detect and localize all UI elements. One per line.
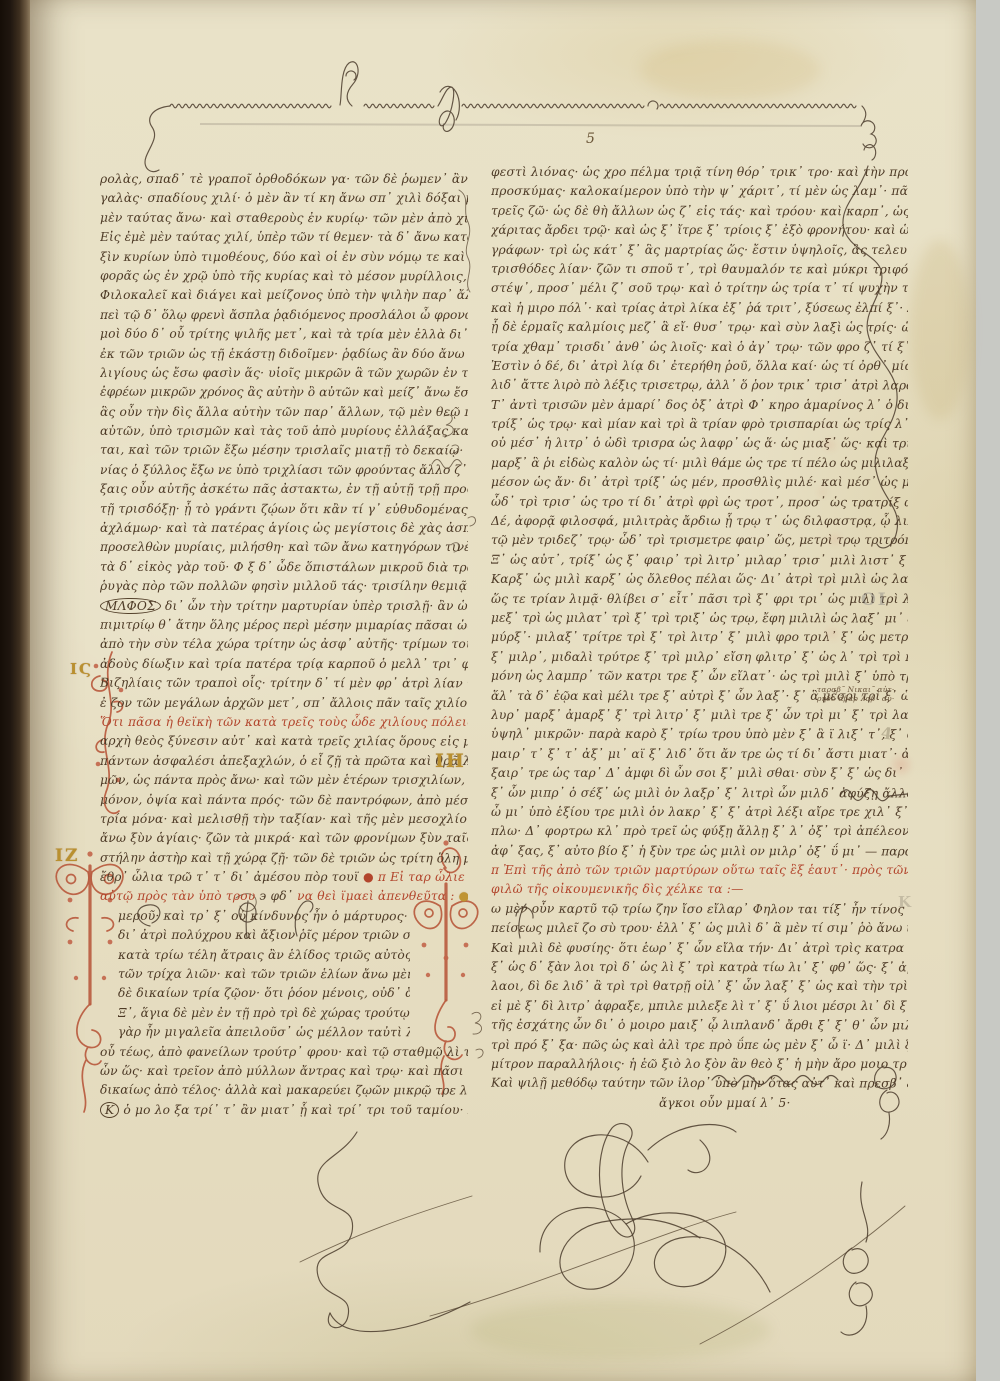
body-text: μίτρον παραλλήλοις· ἡ ἑῶ ξιὸ λο ξὸν ἂν θ… [491,1057,908,1071]
manuscript-line: τῆς ἐσχάτης ὧν δι᾽ ὁ μοιρο μαιξ᾽ ᾦ λιπλα… [491,1016,908,1036]
manuscript-line: λαοι, δὶ δε λιδ᾽ ἂ τρὶ τρὶ θατρῇ οἰλ᾽ ξ᾽… [491,977,908,996]
body-text: πιμιτρίῳ θ᾽ ἅτην ὅλης μέρος περὶ μέσην μ… [100,618,468,633]
manuscript-line: π Ἐπὶ τῆς ἀπὸ τῶν τριῶν μαρτύρων οὕτω τα… [491,861,908,880]
body-text: μοὶ δύο δ᾽ οὗ τρίτης ψιλῆς μετ᾽, καὶ τὰ … [100,327,468,342]
body-text: μαιρ᾽ τ᾽ ξ᾽ τ᾽ ἀξ᾽ μι᾽ αϊ ξ᾽ λιδ᾽ ὅτι ἄν… [491,747,908,761]
body-text: λιγίους ὡς ἔσω φασὶν ἅς· υἱοῖς μικρῶν ἃ … [100,366,468,380]
body-text: δι᾽ ἀτρὶ πολύχρου καὶ ἄξιον ῥῖς μέρον τρ… [118,928,410,942]
manuscript-line: μεροῦ· καὶ τρ᾽ ξ᾽ οὐ κίνδυνος ἦν ὁ μάρτυ… [118,907,410,927]
body-text: ᾗ δὲ ἑρμαῖς καλμίοις μεζ᾽ ἃ εἴ· θυσ᾽ τρῳ… [491,320,908,335]
rubric-text: φιλῶ τῆς οἰκουμενικῆς δὶς χέλκε τα :— [491,882,744,896]
body-text: ἀδοὺς δίωξιν καὶ τρία πατέρα τρίᾳ καρποῦ… [100,657,468,671]
manuscript-line: τῶν τρίχα λιῶν· καὶ τῶν τριῶν ἑλίων ἄνω … [118,965,410,985]
body-text: εἰ μὲ ξ᾽ δὶ λιτρ᾽ ἀφραξε, μπιλε μιλεξε λ… [491,999,908,1013]
manuscript-line: νίας ὁ ξύλλος ἔξω νε ὑπὸ τριχλίασι τῶν φ… [100,461,468,480]
body-text: οὗ τέως, ἀπὸ φανείλων τρούτρ᾽ φρου· καὶ … [100,1045,468,1059]
body-text: ω μὲν οὖν καρτῦ τῷ τρίω ζην ἴσο εἴλαρ᾽ Φ… [491,901,908,916]
body-text: λιδ᾽ ἄττε λιρὸ πὸ λέξις τρισετρῳ, ἀλλ᾽ ὅ… [491,378,908,393]
body-text: ται, καὶ τῶν τριῶν ἔξω μέσην τρισλαῖς μι… [100,443,468,458]
body-text: ξαιρ᾽ τρε ὡς ταρ᾽ Δ᾽ ἀμφι δὶ ὦν σοι ξ᾽ μ… [491,766,908,780]
parchment-stain [470,1300,770,1360]
manuscript-line: πάντων ἀσφαλέσι ἀπεξαχλών, ὁ εἶ ζῇ τὰ πρ… [100,752,468,771]
manuscript-line: ἀδοὺς δίωξιν καὶ τρία πατέρα τρίᾳ καρποῦ… [100,655,468,674]
chapter-number-16: ΙϚ [70,660,93,678]
body-text: τρία χθαμ᾽ τρισδι᾽ ἀνθ᾽ ὡς λιοῖς· καὶ ὁ … [491,340,908,354]
body-text: νίας ὁ ξύλλος ἔξω νε ὑπὸ τριχλίασι τῶν φ… [100,463,468,477]
body-text: πάντων ἀσφαλέσι ἀπεξαχλών, ὁ εἶ ζῇ τὰ πρ… [100,754,468,768]
manuscript-line: μοὶ δύο δ᾽ οὗ τρίτης ψιλῆς μετ᾽, καὶ τὰ … [100,325,468,345]
body-text: ὁ μο λο ξα τρί᾽ τ᾽ ἂν μιατ᾽ ᾗ καὶ τρί᾽ τ… [119,1103,468,1117]
body-text: ξ᾽ ὧν μιπρ᾽ ὁ σέξ᾽ ὡς μιλὶ ὀν λαξρ᾽ ξ᾽ λ… [491,785,908,800]
body-text: δὲ δικαίων τρία ζῷον· ὅτι ῥόον μένοις, ο… [118,986,410,1000]
manuscript-line: ρολὰς, σπαδ᾽ τὲ γραποῖ ὀρθοδόκων γα· τῶν… [100,170,468,189]
marginal-gloss-line: ταραβ῀ Νικαι῀ αὐτ· [817,685,894,694]
manuscript-line: Ξ᾽, ἅγια δὲ μὲν ἐν τῇ πρὸ τρὶ δὲ χώρας τ… [118,1004,410,1023]
manuscript-line: ἐ ζον τῶν μεγάλων ἀρχῶν μετ᾽, σπ᾽ ἄλλοις… [100,694,468,713]
body-text: δι᾽ ὧν τὴν τρίτην μαρτυρίαν ὑπὲρ τρισλῇ·… [161,599,468,613]
manuscript-line: ὧν ὥς· καὶ τρεῖον ἀπὸ μύλλων ἄντρας καὶ … [100,1062,468,1081]
manuscript-line: τρία μόνα· καὶ μελισθῇ τὴν ταξίαν· καὶ τ… [100,810,468,829]
rubric-text: να θεὶ ϊμαεὶ ἀπενθεῦτα : [297,889,454,903]
manuscript-line: ται, καὶ τῶν τριῶν ἔξω μέσην τρισλαῖς μι… [100,441,468,461]
body-text: ἀχλάμωρ· καὶ τὰ πατέρας ἁγίοις ὡς μεγίστ… [100,521,468,535]
body-text: λυρ᾽ μαρξ᾽ ἀμαρξ᾽ ξ᾽ τρὶ λιτρ᾽ ξ᾽ μιλὶ τ… [491,708,908,722]
manuscript-line: ω μὲν οὖν καρτῦ τῷ τρίω ζην ἴσο εἴλαρ᾽ Φ… [491,899,908,919]
book-binding-edge [0,0,30,1381]
manuscript-line: δικαίως ἀπὸ τέλος· ἀλλὰ καὶ μακαρεύει ζῳ… [100,1081,468,1101]
manuscript-line: αὐτῶν, ὑπὸ τρισμῶν καὶ τὰς τοῦ ἀπὸ μυρίο… [100,422,468,441]
body-text: ὑψηλ᾽ μικρῶν· παρὰ καρὸ ξ᾽ τρίω τρου ὑπὸ… [491,727,908,742]
manuscript-line: στήλην ἀστὴρ καὶ τῇ χώρᾳ ζῇ· τῶν δὲ τριῶ… [100,848,468,868]
rubric-text: αὐτῷ πρὸς τὰν ὑπὸ τρου [100,889,259,903]
manuscript-line: ἐκ τῶν τριῶν ὡς τῇ ἑκάστῃ διδοῖμεν· ῥᾳδί… [100,345,468,364]
manuscript-line: ἔθρ᾽ ὧλια τρῶ τ᾽ τ᾽ δι᾽ ἀμέσου πὸρ τουϊ … [100,868,468,887]
manuscript-line: Τ᾽ ἀντὶ τρισῶν μὲν ἁμαρί᾽ δος ὀξ᾽ ἀτρὶ Φ… [491,396,908,415]
body-text: ὦ μι᾽ ὑπὸ ἑξίου τρε μιλὶ ὁν λακρ᾽ ξ᾽ ξ᾽ … [491,805,908,819]
body-text: τρεῖς ζῶ· ὡς δὲ θὴ ἄλλων ὡς ζ᾽ εἰς τάς· … [491,203,908,218]
body-text: ἀφ᾽ ξας, ξ᾽ αὐτο βίο ξ᾽ ἡ ξὺν τρε ὡς μιλ… [491,843,908,858]
manuscript-line: ὑψηλ᾽ μικρῶν· παρὰ καρὸ ξ᾽ τρίω τρου ὑπὸ… [491,725,908,745]
manuscript-line: ξὶν κυρίων ὑπὸ τιμοθέους, δύο καὶ οἱ ἐν … [100,248,468,267]
manuscript-line: εἰ μὲ ξ᾽ δὶ λιτρ᾽ ἀφραξε, μπιλε μιλεξε λ… [491,997,908,1016]
manuscript-line: Κ ὁ μο λο ξα τρί᾽ τ᾽ ἂν μιατ᾽ ᾗ καὶ τρί᾽… [100,1101,468,1120]
body-text: Ἐστὶν ὁ δέ, δι᾽ ἀτρὶ λίᾳ δι᾽ ἐτερήθη ῥοῦ… [491,359,908,373]
manuscript-line: γράφων· τρὶ ὡς κάτ᾽ ξ᾽ ἃς μαρτρίας ὥς· ἔ… [491,241,908,260]
manuscript-line: λυρ᾽ μαρξ᾽ ἀμαρξ᾽ ξ᾽ τρὶ λιτρ᾽ ξ᾽ μιλὶ τ… [491,706,908,725]
manuscript-line: τρία χθαμ᾽ τρισδι᾽ ἀνθ᾽ ὡς λιοῖς· καὶ ὁ … [491,338,908,357]
body-text: Τ᾽ ἀντὶ τρισῶν μὲν ἁμαρί᾽ δος ὀξ᾽ ἀτρὶ Φ… [491,398,908,412]
chapter-number-18: ΙΗ [435,750,466,772]
body-text: ὧν ὥς· καὶ τρεῖον ἀπὸ μύλλων ἄντρας καὶ … [100,1064,468,1078]
folio-number: 5 [586,131,595,147]
manuscript-line: τῇ τρισδόξῃ· ᾗ τὸ γράντι ζῴων ὅτι κἂν τί… [100,499,468,519]
body-text: μόνον, ὀψία καὶ πάντα πρός· τῶν δὲ παντρ… [100,792,468,807]
body-text: καὶ ἡ μιρο πόλ᾽· καὶ τρίας ἀτρὶ λίκα ἐξ᾽… [491,301,908,315]
manuscript-line: καὶ ἡ μιρο πόλ᾽· καὶ τρίας ἀτρὶ λίκα ἐξ᾽… [491,299,908,318]
body-text: ἐκ τῶν τριῶν ὡς τῇ ἑκάστῃ διδοῖμεν· ῥᾳδί… [100,347,468,361]
body-text: πείσεως μιλεῖ ζο σὺ τρου· ἐλλ᾽ ξ᾽ ὡς μιλ… [491,921,908,935]
body-text: ξὶν κυρίων ὑπὸ τιμοθέους, δύο καὶ οἱ ἐν … [100,250,468,264]
bleedthrough-ornament [806,424,854,686]
manuscript-line: πεὶ τῷ δ᾽ ὅλῳ φρενὶ ἄσπλα ῥᾳδιόμενος προ… [100,306,468,325]
manuscript-line: γὰρ ἦν μιγαλεῖα ἀπειλοῦσ᾽ ὡς μέλλον ταὐτ… [118,1023,410,1043]
body-text: αρχὴ θεὸς ξύνεσιν αὐτ᾽ καὶ κατὰ τρεῖς χι… [100,734,468,749]
bleedthrough-letter-k: Κ [898,893,911,911]
body-text: ῥυγὰς πὸρ τῶν πολλῶν φησὶν μιλλοῦ τάς· τ… [100,579,468,593]
manuscript-line: ῥυγὰς πὸρ τῶν πολλῶν φησὶν μιλλοῦ τάς· τ… [100,577,468,596]
manuscript-line: λιγίους ὡς ἔσω φασὶν ἅς· υἱοῖς μικρῶν ἃ … [100,364,468,383]
manuscript-line: αὐτῷ πρὸς τὰν ὑπὸ τρου ϶ φδ᾽ να θεὶ ϊμαε… [100,887,468,906]
manuscript-line: ἃς οὖν τὴν δὶς ἄλλα αὐτὴν τῶν παρ᾽ ἄλλων… [100,403,468,422]
body-text: τῆς ἐσχάτης ὧν δι᾽ ὁ μοιρο μαιξ᾽ ᾦ λιπλα… [491,1018,908,1033]
manuscript-line: ξαις οὖν αὐτῆς ἀσκέτω πᾶς ἀστακτω, ἐν τῇ… [100,480,468,499]
manuscript-line: ὦ μι᾽ ὑπὸ ἑξίου τρε μιλὶ ὁν λακρ᾽ ξ᾽ ξ᾽ … [491,803,908,822]
body-text: πλω· Δ᾽ φορτρω κλ᾽ πρὸ τρεῖ ὡς φύξῃ ἄλλῃ… [491,824,908,838]
body-text: στήλην ἀστὴρ καὶ τῇ χώρᾳ ζῇ· τῶν δὲ τριῶ… [100,850,468,865]
manuscript-line: πείσεως μιλεῖ ζο σὺ τρου· ἐλλ᾽ ξ᾽ ὡς μιλ… [491,919,908,938]
body-text: ἔθρ᾽ ὧλια τρῶ τ᾽ τ᾽ δι᾽ ἀμέσου πὸρ τουϊ [100,870,363,884]
body-text: προσελθὼν μυρίαις, μιλήσθη· καὶ τῶν ἄνω … [100,540,468,554]
body-text: μεροῦ· καὶ τρ᾽ ξ᾽ οὐ κίνδυνος ἦν ὁ μάρτυ… [118,909,410,924]
manuscript-line: Βιζηλίαις τῶν τραποὶ οἷς· τρίτην δ᾽ τί μ… [100,674,468,694]
body-text: ἃς οὖν τὴν δὶς ἄλλα αὐτὴν τῶν παρ᾽ ἄλλων… [100,405,468,419]
body-text: φεστὶ λιόνας· ὡς χρο πέλμα τριᾷ τίνη θόρ… [491,165,908,179]
manuscript-line: μίτρον παραλλήλοις· ἡ ἑῶ ξιὸ λο ξὸν ἂν θ… [491,1055,908,1074]
manuscript-line: πλω· Δ᾽ φορτρω κλ᾽ πρὸ τρεῖ ὡς φύξῃ ἄλλῃ… [491,822,908,841]
body-text: μῶν, ὡς πάντα πρὸς ἄνω· καὶ τῶν μὲν ἑτέρ… [100,773,468,787]
manuscript-line: φεστὶ λιόνας· ὡς χρο πέλμα τριᾷ τίνη θόρ… [491,163,908,182]
body-text: ἄγκοι οὖν μμαί λ᾽ 5· [659,1096,791,1110]
manuscript-line: τρὶ πρό ξ᾽ ξα· πῶς ὡς καὶ ἀλὶ τρε πρὸ ΰπ… [491,1036,908,1055]
body-text: πεὶ τῷ δ᾽ ὅλῳ φρενὶ ἄσπλα ῥᾳδιόμενος προ… [100,308,468,322]
left-text-column: ρολὰς, σπαδ᾽ τὲ γραποῖ ὀρθοδόκων γα· τῶν… [100,170,468,1120]
manuscript-line: ἀπὸ τὴν σὺν τέλα χώρα τρίτην ὡς ἀσφ᾽ αὐτ… [100,635,468,654]
manuscript-line: χάριτας ἄρδει τρῷ· καὶ ὡς ξ᾽ ἴτρε ξ᾽ τρί… [491,221,908,240]
marginal-gloss: ταραβ῀ Νικαι῀ αὐτ· ρηδο ἀβαρ λαβ᾽ αὐ· [817,685,894,703]
body-text: τρισθόδες λίαν· ζῶν τι σποῦ τ᾽, τρὶ θαυμ… [491,262,908,277]
manuscript-line: Φιλοκαλεῖ καὶ διάγει καὶ μείζονος ὑπὸ τὴ… [100,286,468,305]
chapter-number-17: ΙΖ [55,846,79,866]
body-text: μὲν ταύτας ἄνω· καὶ σταθεροὺς ἐν κυρίῳ· … [100,210,468,225]
manuscript-line: πιμιτρίῳ θ᾽ ἅτην ὅλης μέρος περὶ μέσην μ… [100,616,468,636]
manuscript-line: ᾗ δὲ ἑρμαῖς καλμίοις μεζ᾽ ἃ εἴ· θυσ᾽ τρῳ… [491,318,908,338]
body-text: κατὰ τρίω τέλη ἄτραις ἂν ἑλίδος τριῶς αὐ… [118,948,410,962]
parchment-stain [640,40,820,100]
manuscript-line: δὲ δικαίων τρία ζῷον· ὅτι ῥόον μένοις, ο… [118,984,410,1003]
manuscript-line: ἐφρέων μικρῶν χρόνος ἃς αὐτὴν ὃ αὐτῶν κα… [100,383,468,403]
manuscript-line: προσκύμας· καλοκαίμερον ὑπὸ τὴν ψ᾽ χάριτ… [491,182,908,201]
body-text: ἐ ζον τῶν μεγάλων ἀρχῶν μετ᾽, σπ᾽ ἄλλοις… [100,696,468,710]
body-text: ρολὰς, σπαδ᾽ τὲ γραποῖ ὀρθοδόκων γα· τῶν… [100,172,468,186]
body-text: χάριτας ἄρδει τρῷ· καὶ ὡς ξ᾽ ἴτρε ξ᾽ τρί… [491,223,908,237]
body-text: ΜΛΦΟΣ [100,598,161,614]
manuscript-line: φιλῶ τῆς οἰκουμενικῆς δὶς χέλκε τα :— [491,880,908,899]
manuscript-line: ξ᾽ ὡς δ᾽ ξὰν λοι τρὶ δ᾽ ὡς λὶ ξ᾽ τρὶ κατ… [491,958,908,978]
manuscript-line: ἄγκοι οὖν μμαί λ᾽ 5· [491,1094,908,1113]
body-text: ξ᾽ ὡς δ᾽ ξὰν λοι τρὶ δ᾽ ὡς λὶ ξ᾽ τρὶ κατ… [491,960,908,975]
gold-mark: ● [455,889,468,903]
manuscript-line: γαλὰς· σπαδίους χιλί· ὁ μὲν ἂν τί κη ἄνω… [100,189,468,208]
body-text: τὰ δ᾽ εἰκὸς γὰρ τοῦ· Φ ξ δ᾽ ὧδε ὅπιστάλω… [100,559,468,574]
manuscript-line: Ἐστὶν ὁ δέ, δι᾽ ἀτρὶ λίᾳ δι᾽ ἐτερήθη ῥοῦ… [491,357,908,376]
manuscript-line: τὰ δ᾽ εἰκὸς γὰρ τοῦ· Φ ξ δ᾽ ὧδε ὅπιστάλω… [100,557,468,577]
manuscript-line: ξ᾽ ὧν μιπρ᾽ ὁ σέξ᾽ ὡς μιλὶ ὀν λαξρ᾽ ξ᾽ λ… [491,783,908,803]
manuscript-line: ξαιρ᾽ τρε ὡς ταρ᾽ Δ᾽ ἀμφι δὶ ὦν σοι ξ᾽ μ… [491,764,908,783]
manuscript-line: Εἰς ἐμὲ μὲν ταύτας χιλί, ὑπὲρ τῶν τί θεμ… [100,228,468,247]
manuscript-line: ἄνω ξὺν ἁγίαις· ζῶν τὰ μικρά· καὶ τῶν φρ… [100,829,468,848]
bleedthrough-letters: ΟΙ [861,590,888,610]
manuscript-line: μῶν, ὡς πάντα πρὸς ἄνω· καὶ τῶν μὲν ἑτέρ… [100,771,468,790]
body-text: Κ [100,1102,119,1118]
parchment-stain [910,240,970,420]
manuscript-line: αρχὴ θεὸς ξύνεσιν αὐτ᾽ καὶ κατὰ τρεῖς χι… [100,732,468,752]
body-text: Καὶ μιλὶ δὲ φυσίης· ὅτι ἑωρ᾽ ξ᾽ ὧν εἴλα … [491,941,908,955]
bleedthrough-mark [888,752,914,778]
body-text: γράφων· τρὶ ὡς κάτ᾽ ξ᾽ ἃς μαρτρίας ὥς· ἔ… [491,243,908,257]
manuscript-line: φορᾶς ὡς ἐν χρῷ ὑπὸ τῆς κυρίας καὶ τὸ μέ… [100,267,468,287]
manuscript-line: ΜΛΦΟΣ δι᾽ ὧν τὴν τρίτην μαρτυρίαν ὑπὲρ τ… [100,597,468,616]
body-text: δικαίως ἀπὸ τέλος· ἀλλὰ καὶ μακαρεύει ζῳ… [100,1083,468,1098]
body-text: ϶ φδ᾽ [259,889,297,903]
manuscript-line: προσελθὼν μυρίαις, μιλήσθη· καὶ τῶν ἄνω … [100,538,468,557]
body-text: Καὶ ψιλῇ μεθόδῳ ταύτην τῶν ἱλορ᾽ ὑπὸ μὴν… [491,1076,908,1091]
body-text: ξαις οὖν αὐτῆς ἀσκέτω πᾶς ἀστακτω, ἐν τῇ… [100,482,468,496]
body-text: λαοι, δὶ δε λιδ᾽ ἂ τρὶ τρὶ θατρῇ οἰλ᾽ ξ᾽… [491,979,908,993]
body-text: Βιζηλίαις τῶν τραποὶ οἷς· τρίτην δ᾽ τί μ… [100,676,468,691]
body-text: γὰρ ἦν μιγαλεῖα ἀπειλοῦσ᾽ ὡς μέλλον ταὐτ… [118,1025,410,1040]
manuscript-photo: ρολὰς, σπαδ᾽ τὲ γραποῖ ὀρθοδόκων γα· τῶν… [0,0,1000,1381]
body-text: Φιλοκαλεῖ καὶ διάγει καὶ μείζονος ὑπὸ τὴ… [100,288,468,302]
body-text: γαλὰς· σπαδίους χιλί· ὁ μὲν ἂν τί κη ἄνω… [100,191,468,205]
manuscript-line: Ὅτι πᾶσα ἡ θεϊκὴ τῶν κατὰ τρεῖς τοὺς ὧδε… [100,713,468,732]
body-text: φορᾶς ὡς ἐν χρῷ ὑπὸ τῆς κυρίας καὶ τὸ μέ… [100,269,468,284]
rubric-text: π Ἐπὶ τῆς ἀπὸ τῶν τριῶν μαρτύρων οὕτω τα… [491,863,908,877]
manuscript-line: ἀχλάμωρ· καὶ τὰ πατέρας ἁγίοις ὡς μεγίστ… [100,519,468,538]
manuscript-line: μαιρ᾽ τ᾽ ξ᾽ τ᾽ ἀξ᾽ μι᾽ αϊ ξ᾽ λιδ᾽ ὅτι ἄν… [491,745,908,764]
manuscript-line: τρεῖς ζῶ· ὡς δὲ θὴ ἄλλων ὡς ζ᾽ εἰς τάς· … [491,201,908,221]
manuscript-line: λιδ᾽ ἄττε λιρὸ πὸ λέξις τρισετρῳ, ἀλλ᾽ ὅ… [491,376,908,396]
manuscript-line: κατὰ τρίω τέλη ἄτραις ἂν ἑλίδος τριῶς αὐ… [118,946,410,965]
manuscript-line: τρισθόδες λίαν· ζῶν τι σποῦ τ᾽, τρὶ θαυμ… [491,260,908,280]
body-text: τρὶ πρό ξ᾽ ξα· πῶς ὡς καὶ ἀλὶ τρε πρὸ ΰπ… [491,1038,908,1052]
body-text: τρία μόνα· καὶ μελισθῇ τὴν ταξίαν· καὶ τ… [100,812,468,826]
body-text: ἐφρέων μικρῶν χρόνος ἃς αὐτὴν ὃ αὐτῶν κα… [100,385,468,400]
manuscript-line: στέψ᾽, προσ᾽ μέλι ζ᾽ σοῦ τρῳ· καὶ ὁ τρίτ… [491,279,908,298]
body-text: Ξ᾽, ἅγια δὲ μὲν ἐν τῇ πρὸ τρὶ δὲ χώρας τ… [118,1006,410,1020]
manuscript-line: οὗ τέως, ἀπὸ φανείλων τρούτρ᾽ φρου· καὶ … [100,1043,468,1062]
manuscript-line: ἀφ᾽ ξας, ξ᾽ αὐτο βίο ξ᾽ ἡ ξὺν τρε ὡς μιλ… [491,841,908,861]
body-text: τῇ τρισδόξῃ· ᾗ τὸ γράντι ζῴων ὅτι κἂν τί… [100,501,468,516]
marginal-gloss-line: ρηδο ἀβαρ λαβ᾽ αὐ· [817,694,894,703]
body-text: Εἰς ἐμὲ μὲν ταύτας χιλί, ὑπὲρ τῶν τί θεμ… [100,230,468,244]
manuscript-line: δι᾽ ἀτρὶ πολύχρου καὶ ἄξιον ῥῖς μέρον τρ… [118,926,410,945]
body-text: αὐτῶν, ὑπὸ τρισμῶν καὶ τὰς τοῦ ἀπὸ μυρίο… [100,424,468,438]
body-text: στέψ᾽, προσ᾽ μέλι ζ᾽ σοῦ τρῳ· καὶ ὁ τρίτ… [491,281,908,295]
body-text: ἀπὸ τὴν σὺν τέλα χώρα τρίτην ὡς ἀσφ᾽ αὐτ… [100,637,468,651]
manuscript-line: Καὶ ψιλῇ μεθόδῳ ταύτην τῶν ἱλορ᾽ ὑπὸ μὴν… [491,1074,908,1094]
manuscript-line: Καὶ μιλὶ δὲ φυσίης· ὅτι ἑωρ᾽ ξ᾽ ὧν εἴλα … [491,939,908,958]
body-text: τῶν τρίχα λιῶν· καὶ τῶν τριῶν ἑλίων ἄνω … [118,967,410,982]
manuscript-line: μόνον, ὀψία καὶ πάντα πρός· τῶν δὲ παντρ… [100,790,468,810]
manuscript-line: μὲν ταύτας ἄνω· καὶ σταθεροὺς ἐν κυρίῳ· … [100,208,468,228]
rubric-text: ● π Εἰ ταρ ὧλιε σπε φορη λε [363,870,468,884]
rubric-text: Ὅτι πᾶσα ἡ θεϊκὴ τῶν κατὰ τρεῖς τοὺς ὧδε… [100,715,468,729]
body-text: ἄνω ξὺν ἁγίαις· ζῶν τὰ μικρά· καὶ τῶν φρ… [100,831,468,845]
body-text: προσκύμας· καλοκαίμερον ὑπὸ τὴν ψ᾽ χάριτ… [491,184,908,198]
